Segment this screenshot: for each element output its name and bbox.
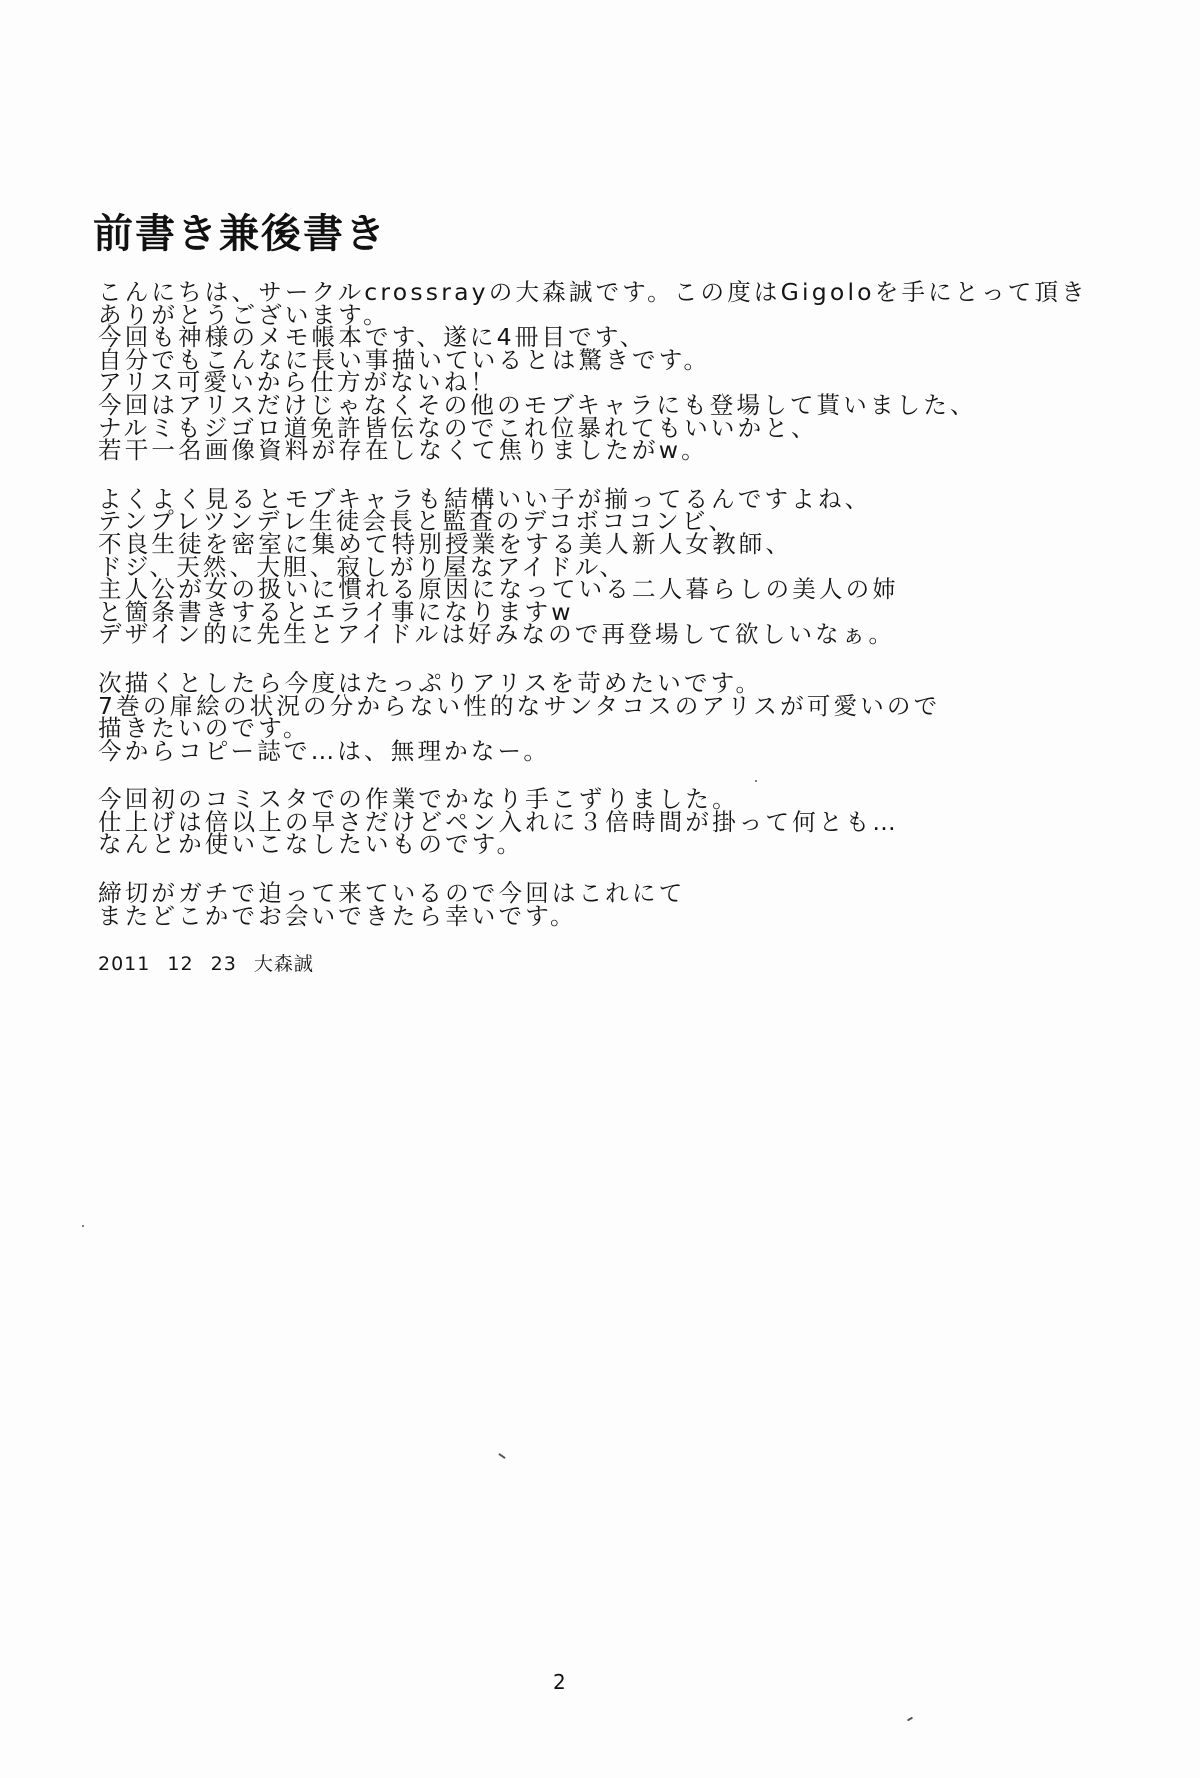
signature-line: 2011 12 23 大森誠	[98, 953, 1098, 975]
signature-author: 大森誠	[254, 953, 314, 975]
afterword-body: こんにちは、サークルcrossrayの大森誠です。この度はGigoloを手にとっ…	[98, 281, 1098, 975]
text-line: 若干一名画像資料が存在しなくて焦りましたがw。	[98, 439, 1098, 462]
paragraph-next-plans: 次描くとしたら今度はたっぷりアリスを苛めたいです。 7巻の扉絵の状況の分からない…	[98, 672, 1098, 762]
text-line: なんとか使いこなしたいものです。	[98, 833, 1098, 856]
scan-speck	[755, 780, 757, 782]
scanned-page: 前書き兼後書き こんにちは、サークルcrossrayの大森誠です。この度はGig…	[0, 0, 1200, 1778]
text-line: 今からコピー誌で…は、無理かなー。	[98, 740, 1098, 763]
text-line: またどこかでお会いできたら幸いです。	[98, 905, 1098, 928]
text-line: デザイン的に先生とアイドルは好みなので再登場して欲しいなぁ。	[98, 623, 1098, 646]
paragraph-comicstudio: 今回初のコミスタでの作業でかなり手こずりました。 仕上げは倍以上の早さだけどペン…	[98, 788, 1098, 856]
signature-year: 2011	[98, 953, 150, 975]
page-title: 前書き兼後書き	[93, 210, 387, 258]
signature-day: 23	[211, 953, 237, 975]
paragraph-greeting: こんにちは、サークルcrossrayの大森誠です。この度はGigoloを手にとっ…	[98, 281, 1098, 462]
scan-speck	[498, 1453, 506, 1459]
paragraph-characters: よくよく見るとモブキャラも結構いい子が揃ってるんですよね、 テンプレツンデレ生徒…	[98, 488, 1098, 646]
paragraph-closing: 締切がガチで迫って来ているので今回はこれにて またどこかでお会いできたら幸いです…	[98, 882, 1098, 927]
scan-speck	[82, 1225, 84, 1227]
scan-speck	[907, 1717, 913, 1722]
page-number: 2	[553, 1670, 566, 1694]
signature-month: 12	[167, 953, 193, 975]
